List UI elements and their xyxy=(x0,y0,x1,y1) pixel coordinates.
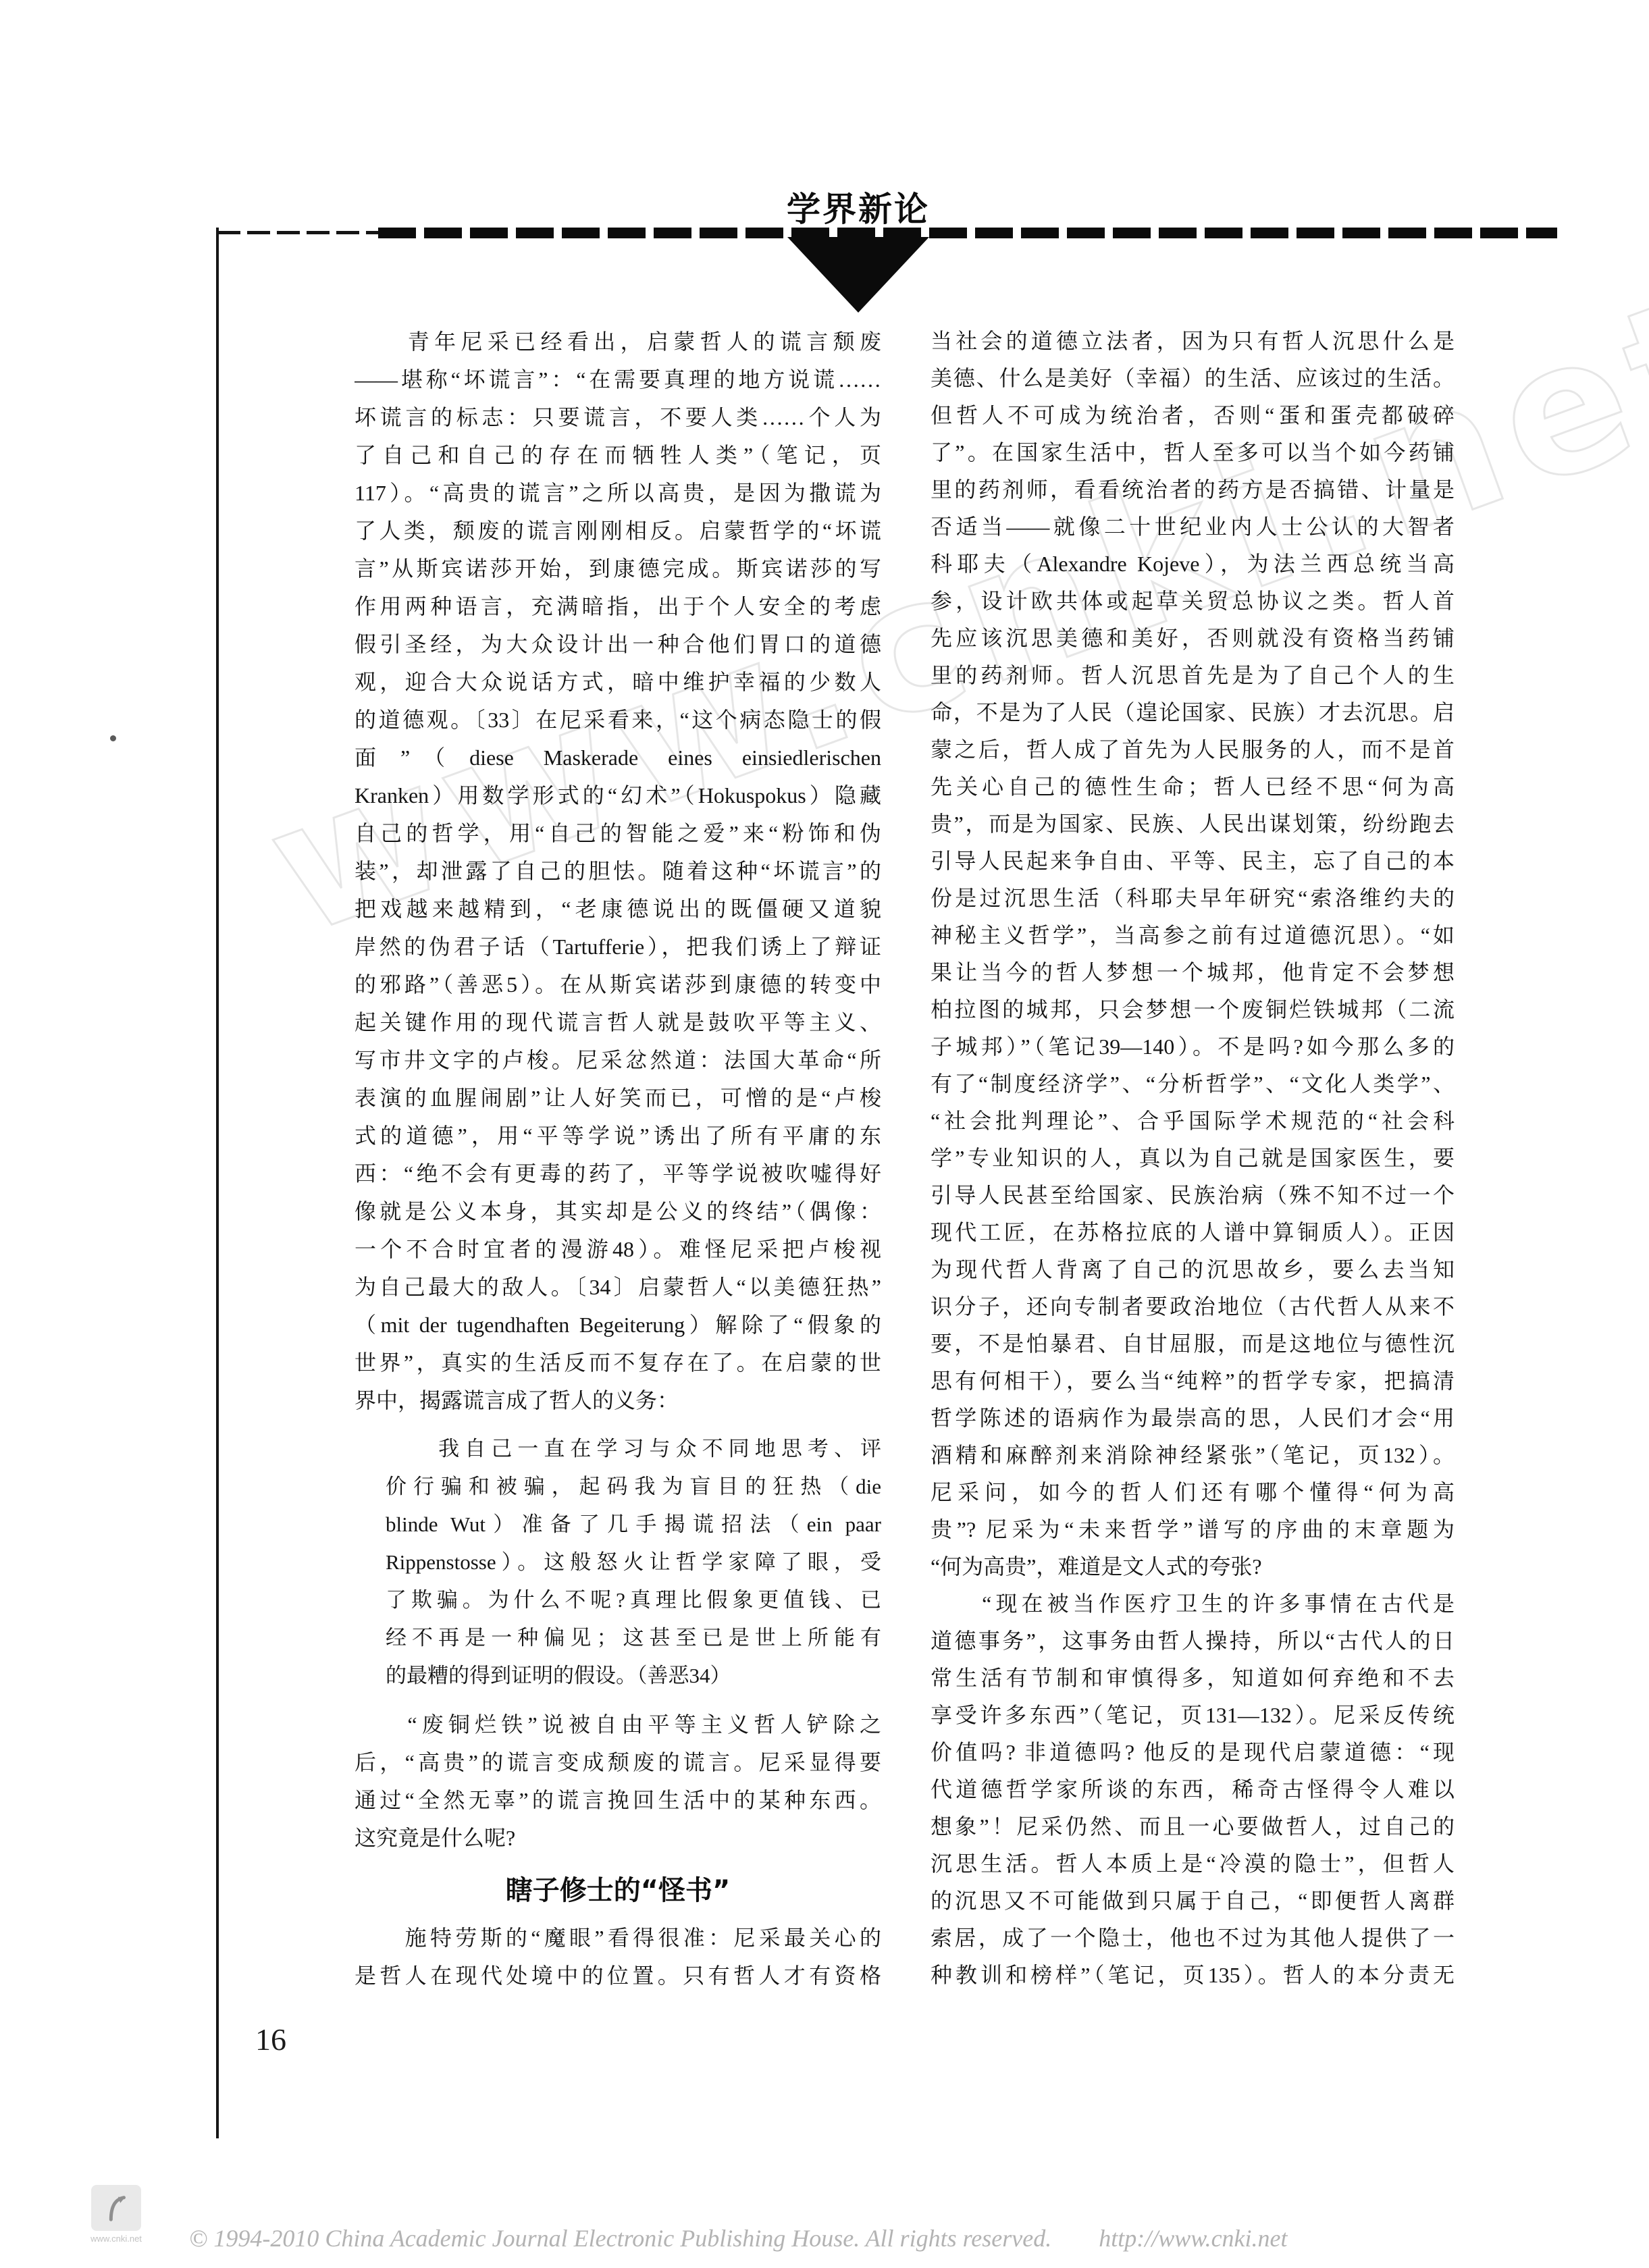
header-rule-thin xyxy=(217,231,379,234)
text-line: 界中，揭露谎言成了哲人的义务： xyxy=(355,1381,881,1419)
text-line: 为现代哲人背离了自己的沉思故乡，要么去当知 xyxy=(931,1251,1455,1288)
text-line: Kranken）用数学形式的“幻术”（Hokuspokus）隐藏 xyxy=(355,776,881,814)
cnki-url: http://www.cnki.net xyxy=(1099,2225,1287,2252)
text-line: 思有何相干），要么当“纯粹”的哲学专家，把搞清 xyxy=(931,1363,1455,1400)
text-line: 道德事务”，这事务由哲人操持，所以“古代人的日 xyxy=(931,1623,1455,1660)
text-line: 先应该沉思美德和美好，否则就没有资格当药铺 xyxy=(931,620,1455,657)
text-line: （mit der tugendhaften Begeiterung）解除了“假象… xyxy=(355,1306,881,1344)
cnki-logo-icon xyxy=(91,2185,141,2231)
text-line: “何为高贵”，难道是文人式的夸张? xyxy=(931,1548,1455,1585)
text-line: 但哲人不可成为统治者，否则“蛋和蛋壳都破碎 xyxy=(931,397,1455,434)
paragraph: 施特劳斯的“魔眼”看得很准：尼采最关心的是哲人在现代处境中的位置。只有哲人才有资… xyxy=(355,1919,881,1995)
text-line: 面”（diese Maskerade eines einsiedlerische… xyxy=(355,739,881,776)
text-line: 我自己一直在学习与众不同地思考、评 xyxy=(386,1430,881,1468)
text-line: 要，不是怕暴君、自甘屈服，而是这地位与德性沉 xyxy=(931,1325,1455,1363)
text-line: 索居，成了一个隐士，他也不过为其他人提供了一 xyxy=(931,1920,1455,1957)
text-line: 像就是公义本身，其实却是公义的终结”（偶像： xyxy=(355,1192,881,1230)
text-line: 是哲人在现代处境中的位置。只有哲人才有资格 xyxy=(355,1957,881,1995)
text-line: 通过“全然无辜”的谎言挽回生活中的某种东西。 xyxy=(355,1781,881,1819)
text-line: 把戏越来越精到，“老康德说出的既僵硬又道貌 xyxy=(355,890,881,928)
margin-dot xyxy=(110,735,116,741)
text-line: 西：“绝不会有更毒的药了，平等学说被吹嘘得好 xyxy=(355,1155,881,1192)
text-line: 了欺骗。为什么不呢?真理比假象更值钱、已 xyxy=(386,1581,881,1619)
text-line: 想象”！尼采仍然、而且一心要做哲人，过自己的 xyxy=(931,1808,1455,1845)
text-line: 式的道德”，用“平等学说”诱出了所有平庸的东 xyxy=(355,1117,881,1155)
text-line: 种教训和榜样”（笔记，页135）。哲人的本分责无 xyxy=(931,1957,1455,1994)
text-line: 学”专业知识的人，真以为自己就是国家医生，要 xyxy=(931,1140,1455,1177)
text-line: 言”从斯宾诺莎开始，到康德完成。斯宾诺莎的写 xyxy=(355,550,881,587)
text-line: 的邪路”（善恶5）。在从斯宾诺莎到康德的转变中 xyxy=(355,966,881,1003)
text-line: 尼采问，如今的哲人们还有哪个懂得“何为高 xyxy=(931,1474,1455,1511)
text-line: 否适当——就像二十世纪业内人士公认的大智者 xyxy=(931,508,1455,546)
text-line: 美德、什么是美好（幸福）的生活、应该过的生活。 xyxy=(931,360,1455,397)
header-rule-thick xyxy=(378,228,1557,238)
text-line: ——堪称“坏谎言”：“在需要真理的地方说谎…… xyxy=(355,361,881,398)
text-line: 自己的哲学，用“自己的智能之爱”来“粉饰和伪 xyxy=(355,814,881,852)
text-line: 经不再是一种偏见；这甚至已是世上所能有 xyxy=(386,1619,881,1657)
text-line: 酒精和麻醉剂来消除神经紧张”（笔记，页132）。 xyxy=(931,1437,1455,1474)
text-line: 施特劳斯的“魔眼”看得很准：尼采最关心的 xyxy=(355,1919,881,1957)
text-line: 作用两种语言，充满暗指，出于个人安全的考虑 xyxy=(355,587,881,625)
text-line: 贵”，而是为国家、民族、人民出谋划策，纷纷跑去 xyxy=(931,806,1455,843)
paragraph: “废铜烂铁”说被自由平等主义哲人铲除之后，“高贵”的谎言变成颓废的谎言。尼采显得… xyxy=(355,1706,881,1857)
triangle-ornament-icon xyxy=(787,237,929,313)
text-line: 的道德观。〔33〕在尼采看来，“这个病态隐士的假 xyxy=(355,701,881,739)
paragraph: 青年尼采已经看出，启蒙哲人的谎言颓废——堪称“坏谎言”：“在需要真理的地方说谎…… xyxy=(355,323,881,1419)
text-line: 有了“制度经济学”、“分析哲学”、“文化人类学”、 xyxy=(931,1065,1455,1103)
copyright-text: © 1994-2010 China Academic Journal Elect… xyxy=(177,2196,1460,2252)
text-line: Rippenstosse）。这般怒火让哲学家障了眼，受 xyxy=(386,1544,881,1581)
text-line: 里的药剂师，看看统治者的药方是否搞错、计量是 xyxy=(931,471,1455,508)
text-line: “社会批判理论”、合乎国际学术规范的“社会科 xyxy=(931,1103,1455,1140)
text-line: “废铜烂铁”说被自由平等主义哲人铲除之 xyxy=(355,1706,881,1743)
text-line: 子城邦）”（笔记39—140）。不是吗?如今那么多的 xyxy=(931,1028,1455,1065)
text-line: 当社会的道德立法者，因为只有哲人沉思什么是 xyxy=(931,323,1455,360)
text-line: 享受许多东西”（笔记，页131—132）。尼采反传统 xyxy=(931,1697,1455,1734)
section-subheading: 瞎子修士的“怪书” xyxy=(355,1872,881,1909)
text-line: 表演的血腥闹剧”让人好笑而已，可憎的是“卢梭 xyxy=(355,1079,881,1117)
text-line: 蒙之后，哲人成了首先为人民服务的人，而不是首 xyxy=(931,731,1455,768)
text-line: 果让当今的哲人梦想一个城邦，他肯定不会梦想 xyxy=(931,954,1455,991)
text-line: 常生活有节制和审慎得多，知道如何弃绝和不去 xyxy=(931,1660,1455,1697)
text-line: 里的药剂师。哲人沉思首先是为了自己个人的生 xyxy=(931,657,1455,694)
text-line: 观，迎合大众说话方式，暗中维护幸福的少数人 xyxy=(355,663,881,701)
text-line: 起关键作用的现代谎言哲人就是鼓吹平等主义、 xyxy=(355,1003,881,1041)
block-quote: 我自己一直在学习与众不同地思考、评价行骗和被骗，起码我为盲目的狂热（diebli… xyxy=(386,1430,881,1695)
text-line: 命，不是为了人民（遑论国家、民族）才去沉思。启 xyxy=(931,694,1455,731)
text-line: 贵”? 尼采为“未来哲学”谱写的序曲的末章题为 xyxy=(931,1511,1455,1548)
text-line: 代道德哲学家所谈的东西，稀奇古怪得令人难以 xyxy=(931,1771,1455,1808)
text-line: 沉思生活。哲人本质上是“冷漠的隐士”，但哲人 xyxy=(931,1845,1455,1882)
text-line: 青年尼采已经看出，启蒙哲人的谎言颓废 xyxy=(355,323,881,361)
text-line: 价行骗和被骗，起码我为盲目的狂热（die xyxy=(386,1468,881,1506)
text-line: 识分子，还向专制者要政治地位（古代哲人从来不 xyxy=(931,1288,1455,1325)
text-line: 117）。“高贵的谎言”之所以高贵，是因为撒谎为 xyxy=(355,474,881,512)
copyright-notice: © 1994-2010 China Academic Journal Elect… xyxy=(189,2225,1051,2252)
text-line: 科耶夫（Alexandre Kojeve），为法兰西总统当高 xyxy=(931,546,1455,583)
text-line: 引导人民起来争自由、平等、民主，忘了自己的本 xyxy=(931,843,1455,880)
text-line: 世界”，真实的生活反而不复存在了。在启蒙的世 xyxy=(355,1344,881,1381)
text-line: 一个不合时宜者的漫游48）。难怪尼采把卢梭视 xyxy=(355,1230,881,1268)
right-column: 当社会的道德立法者，因为只有哲人沉思什么是美德、什么是美好（幸福）的生活、应该过… xyxy=(931,323,1455,1994)
text-line: 的最糟的得到证明的假设。（善恶34） xyxy=(386,1657,881,1695)
text-line: 写市井文字的卢梭。尼采忿然道：法国大革命“所 xyxy=(355,1041,881,1079)
text-line: 后，“高贵”的谎言变成颓废的谎言。尼采显得要 xyxy=(355,1743,881,1781)
left-page-border xyxy=(216,228,219,2138)
text-line: 岸然的伪君子话（Tartufferie），把我们诱上了辩证 xyxy=(355,928,881,966)
text-line: 哲学陈述的语病作为最崇高的思，人民们才会“用 xyxy=(931,1400,1455,1437)
text-line: 引导人民甚至给国家、民族治病（殊不知不过一个 xyxy=(931,1177,1455,1214)
text-line: 这究竟是什么呢? xyxy=(355,1819,881,1857)
text-line: 了人类，颓废的谎言刚刚相反。启蒙哲学的“坏谎 xyxy=(355,512,881,550)
text-line: 价值吗? 非道德吗? 他反的是现代启蒙道德：“现 xyxy=(931,1734,1455,1771)
text-line: 参，设计欧共体或起草关贸总协议之类。哲人首 xyxy=(931,583,1455,620)
page-title: 学界新论 xyxy=(689,182,1027,231)
text-line: 份是过沉思生活（科耶夫早年研究“索洛维约夫的 xyxy=(931,880,1455,917)
text-line: 神秘主义哲学”，当高参之前有过道德沉思）。“如 xyxy=(931,917,1455,954)
text-line: 的沉思又不可能做到只属于自己，“即便哲人离群 xyxy=(931,1882,1455,1920)
text-line: 先关心自己的德性生命；哲人已经不思“何为高 xyxy=(931,768,1455,806)
left-column: 青年尼采已经看出，启蒙哲人的谎言颓废——堪称“坏谎言”：“在需要真理的地方说谎…… xyxy=(355,323,881,1995)
text-line: “现在被当作医疗卫生的许多事情在古代是 xyxy=(931,1585,1455,1623)
text-line: 假引圣经，为大众设计出一种合他们胃口的道德 xyxy=(355,625,881,663)
text-line: 装”，却泄露了自己的胆怯。随着这种“坏谎言”的 xyxy=(355,852,881,890)
text-line: blinde Wut）准备了几手揭谎招法（ein paar xyxy=(386,1506,881,1544)
text-line: 柏拉图的城邦，只会梦想一个废铜烂铁城邦（二流 xyxy=(931,991,1455,1028)
logo-caption: www.cnki.net xyxy=(76,2234,157,2244)
text-line: 为自己最大的敌人。〔34〕启蒙哲人“以美德狂热” xyxy=(355,1268,881,1306)
text-line: 了”。在国家生活中，哲人至多可以当个如今药铺 xyxy=(931,434,1455,471)
text-line: 了自己和自己的存在而牺牲人类”（笔记，页 xyxy=(355,436,881,474)
text-line: 坏谎言的标志：只要谎言，不要人类……个人为 xyxy=(355,398,881,436)
text-line: 现代工匠，在苏格拉底的人谱中算铜质人）。正因 xyxy=(931,1214,1455,1251)
page-number: 16 xyxy=(255,2022,286,2057)
scanned-journal-page: { "header": { "title": "学界新论" }, "waterm… xyxy=(0,0,1649,2268)
